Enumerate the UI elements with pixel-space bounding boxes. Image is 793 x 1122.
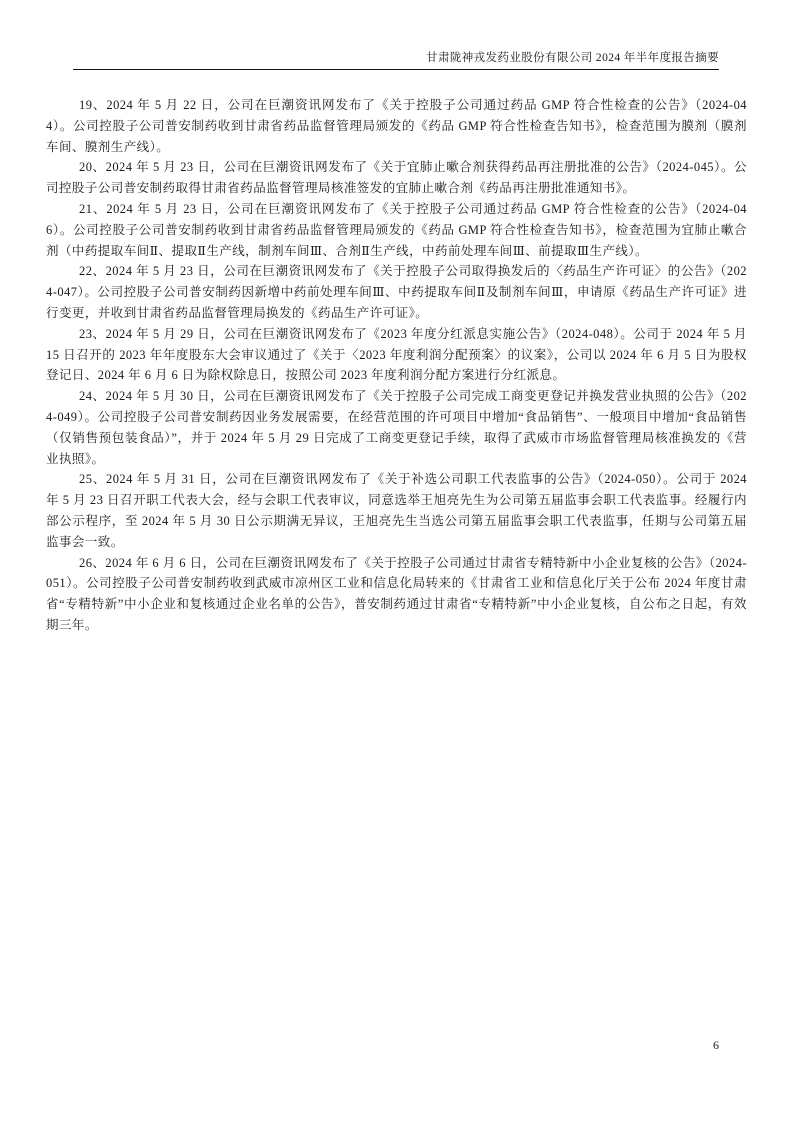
- document-body: 19、2024 年 5 月 22 日，公司在巨潮资讯网发布了《关于控股子公司通过…: [46, 95, 747, 636]
- report-paragraph: 19、2024 年 5 月 22 日，公司在巨潮资讯网发布了《关于控股子公司通过…: [46, 95, 747, 157]
- document-page: 甘肃陇神戎发药业股份有限公司 2024 年半年度报告摘要 19、2024 年 5…: [0, 0, 793, 1122]
- report-paragraph: 23、2024 年 5 月 29 日，公司在巨潮资讯网发布了《2023 年度分红…: [46, 324, 747, 386]
- report-paragraph: 25、2024 年 5 月 31 日，公司在巨潮资讯网发布了《关于补选公司职工代…: [46, 469, 747, 552]
- page-header: 甘肃陇神戎发药业股份有限公司 2024 年半年度报告摘要: [73, 51, 719, 70]
- report-paragraph: 20、2024 年 5 月 23 日，公司在巨潮资讯网发布了《关于宜肺止嗽合剂获…: [46, 157, 747, 199]
- page-header-title: 甘肃陇神戎发药业股份有限公司 2024 年半年度报告摘要: [426, 52, 719, 64]
- page-number-value: 6: [713, 1038, 719, 1052]
- report-paragraph: 21、2024 年 5 月 23 日，公司在巨潮资讯网发布了《关于控股子公司通过…: [46, 199, 747, 261]
- report-paragraph: 24、2024 年 5 月 30 日，公司在巨潮资讯网发布了《关于控股子公司完成…: [46, 386, 747, 469]
- report-paragraph: 26、2024 年 6 月 6 日，公司在巨潮资讯网发布了《关于控股子公司通过甘…: [46, 553, 747, 636]
- page-number: 6: [706, 1038, 726, 1053]
- report-paragraph: 22、2024 年 5 月 23 日，公司在巨潮资讯网发布了《关于控股子公司取得…: [46, 261, 747, 323]
